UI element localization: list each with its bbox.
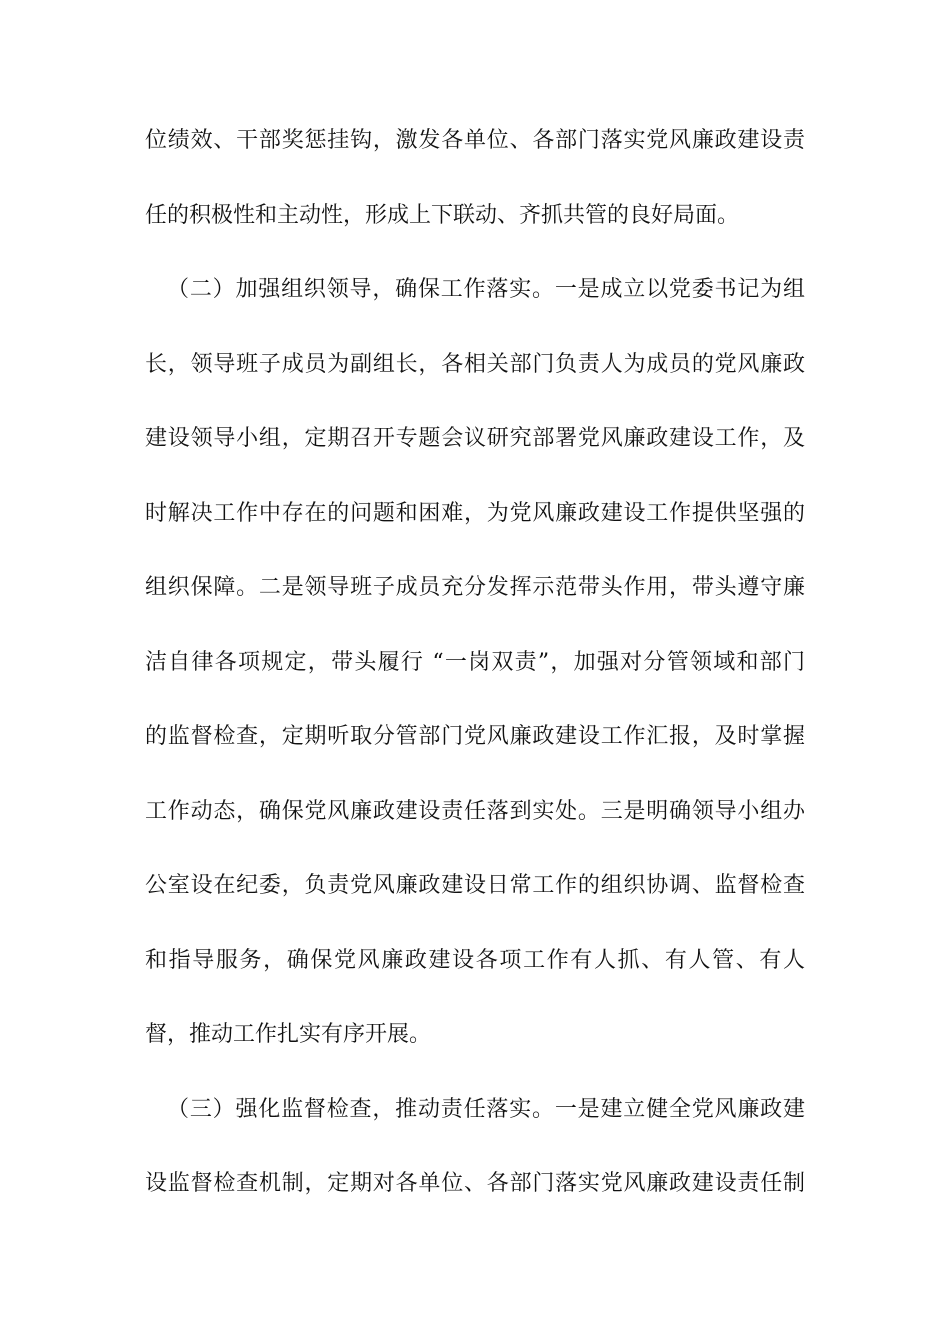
text-line: 位绩效、干部奖惩挂钩，激发各单位、各部门落实党风廉政建设责 [145,104,805,179]
text-line: 公室设在纪委，负责党风廉政建设日常工作的组织协调、监督检查 [145,849,805,924]
paragraph-section-2: （二）加强组织领导，确保工作落实。一是成立以党委书记为组 长，领导班子成员为副组… [145,253,805,1073]
text-line: 设监督检查机制，定期对各单位、各部门落实党风廉政建设责任制 [145,1147,805,1222]
paragraph-continuation: 位绩效、干部奖惩挂钩，激发各单位、各部门落实党风廉政建设责 任的积极性和主动性，… [145,104,805,253]
text-line: 洁自律各项规定，带头履行 “一岗双责”，加强对分管领域和部门 [145,626,805,701]
text-line: 和指导服务，确保党风廉政建设各项工作有人抓、有人管、有人 [145,924,805,999]
text-line: 组织保障。二是领导班子成员充分发挥示范带头作用，带头遵守廉 [145,551,805,626]
text-line: 建设领导小组，定期召开专题会议研究部署党风廉政建设工作，及 [145,402,805,477]
text-line: 时解决工作中存在的问题和困难，为党风廉政建设工作提供坚强的 [145,477,805,552]
document-body: 位绩效、干部奖惩挂钩，激发各单位、各部门落实党风廉政建设责 任的积极性和主动性，… [145,104,805,1222]
text-line: 的监督检查，定期听取分管部门党风廉政建设工作汇报，及时掌握 [145,700,805,775]
section-heading-line: （二）加强组织领导，确保工作落实。一是成立以党委书记为组 [145,253,805,328]
text-line: 长，领导班子成员为副组长，各相关部门负责人为成员的党风廉政 [145,328,805,403]
text-line: 工作动态，确保党风廉政建设责任落到实处。三是明确领导小组办 [145,775,805,850]
section-heading-line: （三）强化监督检查，推动责任落实。一是建立健全党风廉政建 [145,1073,805,1148]
document-page: 位绩效、干部奖惩挂钩，激发各单位、各部门落实党风廉政建设责 任的积极性和主动性，… [0,0,950,1344]
text-line: 任的积极性和主动性，形成上下联动、齐抓共管的良好局面。 [145,179,805,254]
paragraph-section-3: （三）强化监督检查，推动责任落实。一是建立健全党风廉政建 设监督检查机制，定期对… [145,1073,805,1222]
text-line: 督，推动工作扎实有序开展。 [145,998,805,1073]
